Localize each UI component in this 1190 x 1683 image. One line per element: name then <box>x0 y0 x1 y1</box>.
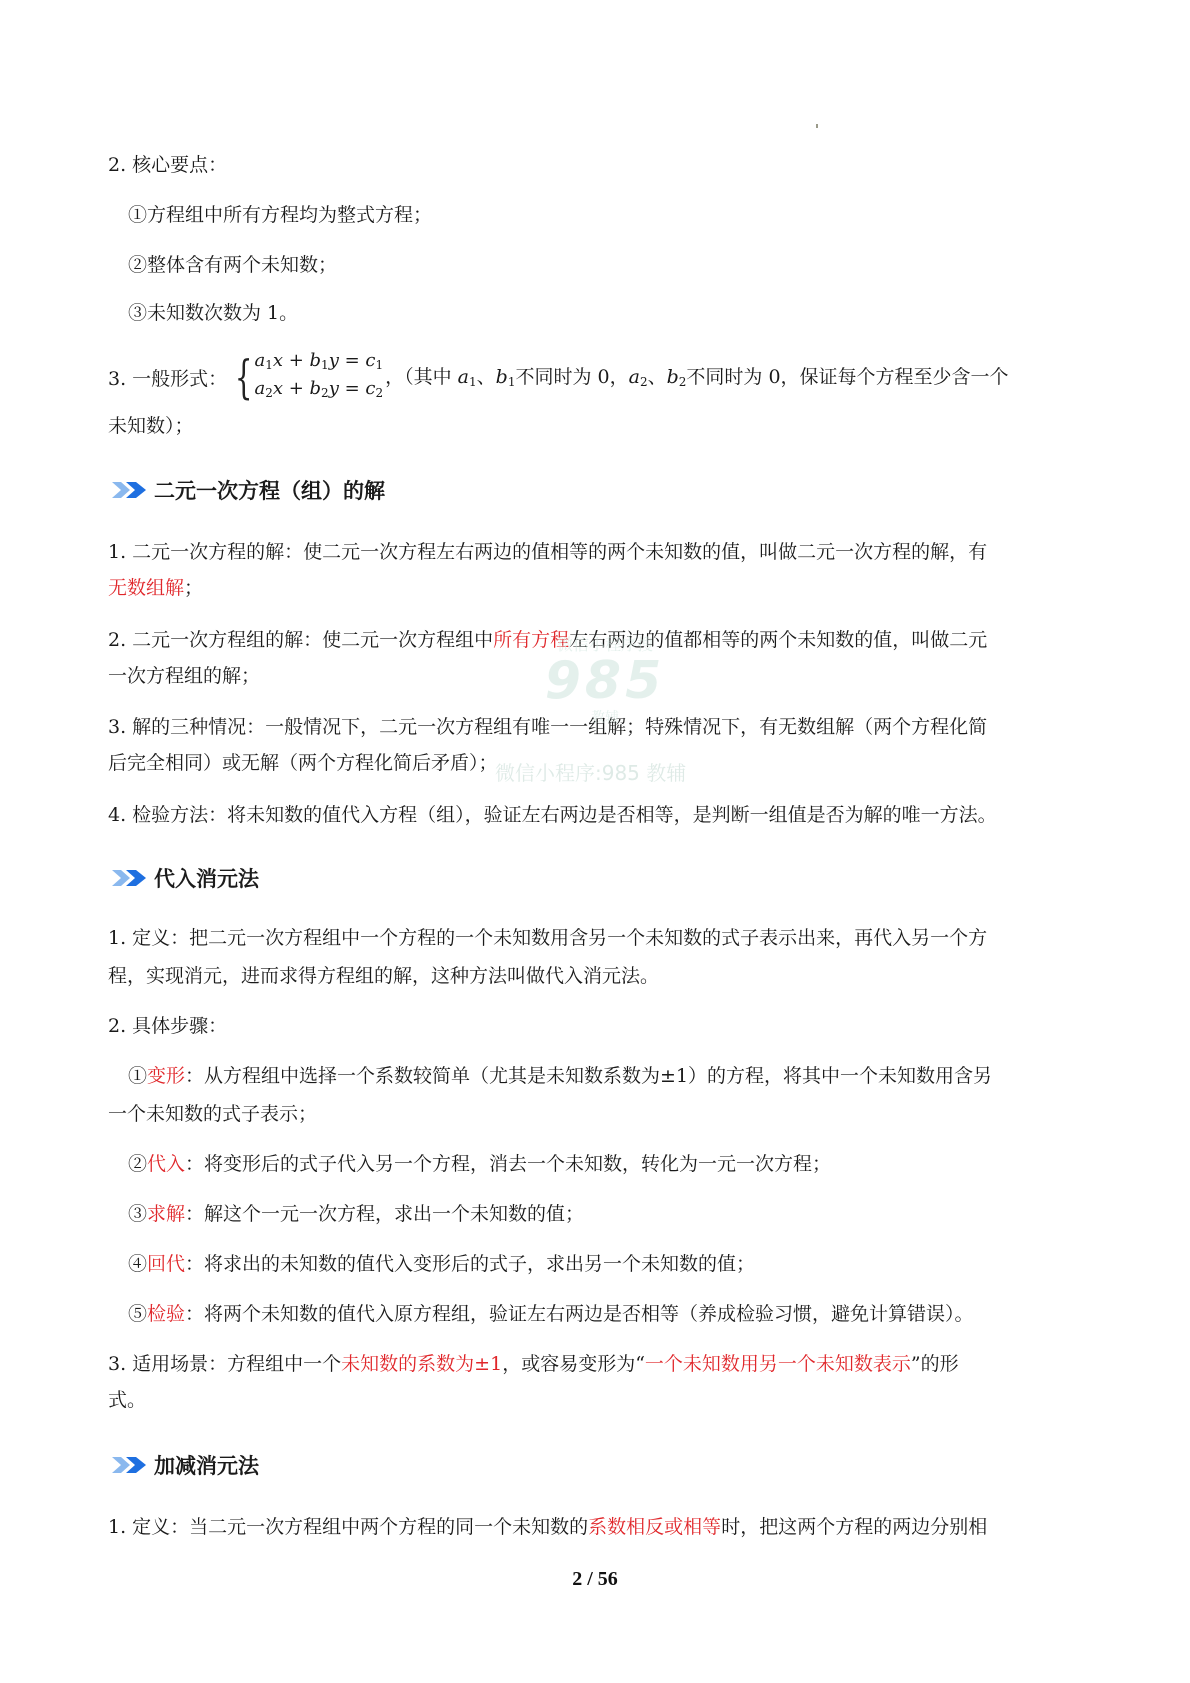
section-title: 加减消元法 <box>154 1450 259 1480</box>
general-form-label: 3. 一般形式： <box>108 367 227 391</box>
equation-system: { a1x + b1y = c1 a2x + b2y = c2 <box>229 349 383 405</box>
equation-2: a2x + b2y = c2 <box>254 377 383 405</box>
double-chevron-icon <box>112 479 150 501</box>
section-heading-substitution: 代入消元法 <box>112 863 259 893</box>
general-form-note: ，（其中 a1、b1不同时为 0，a2、b2不同时为 0，保证每个方程至少含一个 <box>385 365 1008 394</box>
step-3: ③求解：解这个一元一次方程，求出一个未知数的值； <box>128 1202 1113 1226</box>
scan-mark <box>816 124 818 128</box>
substitution-def-cont: 程，实现消元，进而求得方程组的解，这种方法叫做代入消元法。 <box>108 964 1093 988</box>
solution-item-2-cont: 一次方程组的解； <box>108 664 1093 688</box>
section-title: 二元一次方程（组）的解 <box>154 475 385 505</box>
substitution-scene: 3. 适用场景：方程组中一个未知数的系数为±1，或容易变形为“一个未知数用另一个… <box>108 1352 1093 1376</box>
brace-icon: { <box>235 354 253 400</box>
solution-item-2: 2. 二元一次方程组的解：使二元一次方程组中所有方程左右两边的值都相等的两个未知… <box>108 628 1093 652</box>
watermark-text: 微信小程序:985 教辅 <box>495 757 686 786</box>
point-item-3: ③未知数次数为 1。 <box>128 301 1113 325</box>
substitution-scene-cont: 式。 <box>108 1388 1093 1412</box>
general-form-cont: 未知数）； <box>108 414 1093 438</box>
point-item-1: ①方程组中所有方程均为整式方程； <box>128 203 1113 227</box>
step-1: ①变形：从方程组中选择一个系数较简单（尤其是未知数系数为±1）的方程，将其中一个… <box>128 1064 1113 1088</box>
step-1-cont: 一个未知数的式子表示； <box>108 1102 1093 1126</box>
section-heading-elimination: 加减消元法 <box>112 1450 259 1480</box>
step-5: ⑤检验：将两个未知数的值代入原方程组，验证左右两边是否相等（养成检验习惯，避免计… <box>128 1302 1113 1326</box>
step-2: ②代入：将变形后的式子代入另一个方程，消去一个未知数，转化为一元一次方程； <box>128 1152 1113 1176</box>
step-4: ④回代：将求出的未知数的值代入变形后的式子，求出另一个未知数的值； <box>128 1252 1113 1276</box>
solution-item-4: 4. 检验方法：将未知数的值代入方程（组），验证左右两边是否相等，是判断一组值是… <box>108 803 1093 827</box>
equation-1: a1x + b1y = c1 <box>254 349 383 377</box>
point-item-2: ②整体含有两个未知数； <box>128 253 1113 277</box>
elimination-def: 1. 定义：当二元一次方程组中两个方程的同一个未知数的系数相反或相等时，把这两个… <box>108 1515 1093 1539</box>
solution-item-3: 3. 解的三种情况：一般情况下，二元一次方程组有唯一一组解；特殊情况下，有无数组… <box>108 715 1093 739</box>
page-number: 2 / 56 <box>0 1568 1190 1591</box>
double-chevron-icon <box>112 1454 150 1476</box>
section-heading-solution: 二元一次方程（组）的解 <box>112 475 385 505</box>
solution-item-1-cont: 无数组解； <box>108 576 1093 600</box>
section-title: 代入消元法 <box>154 863 259 893</box>
double-chevron-icon <box>112 867 150 889</box>
solution-item-1: 1. 二元一次方程的解：使二元一次方程左右两边的值相等的两个未知数的值，叫做二元… <box>108 540 1093 564</box>
substitution-def: 1. 定义：把二元一次方程组中一个方程的一个未知数用含另一个未知数的式子表示出来… <box>108 926 1093 950</box>
steps-title: 2. 具体步骤： <box>108 1014 1093 1038</box>
general-form-line: 3. 一般形式： { a1x + b1y = c1 a2x + b2y = c2… <box>108 356 1093 402</box>
point-2-title: 2. 核心要点： <box>108 153 1093 177</box>
